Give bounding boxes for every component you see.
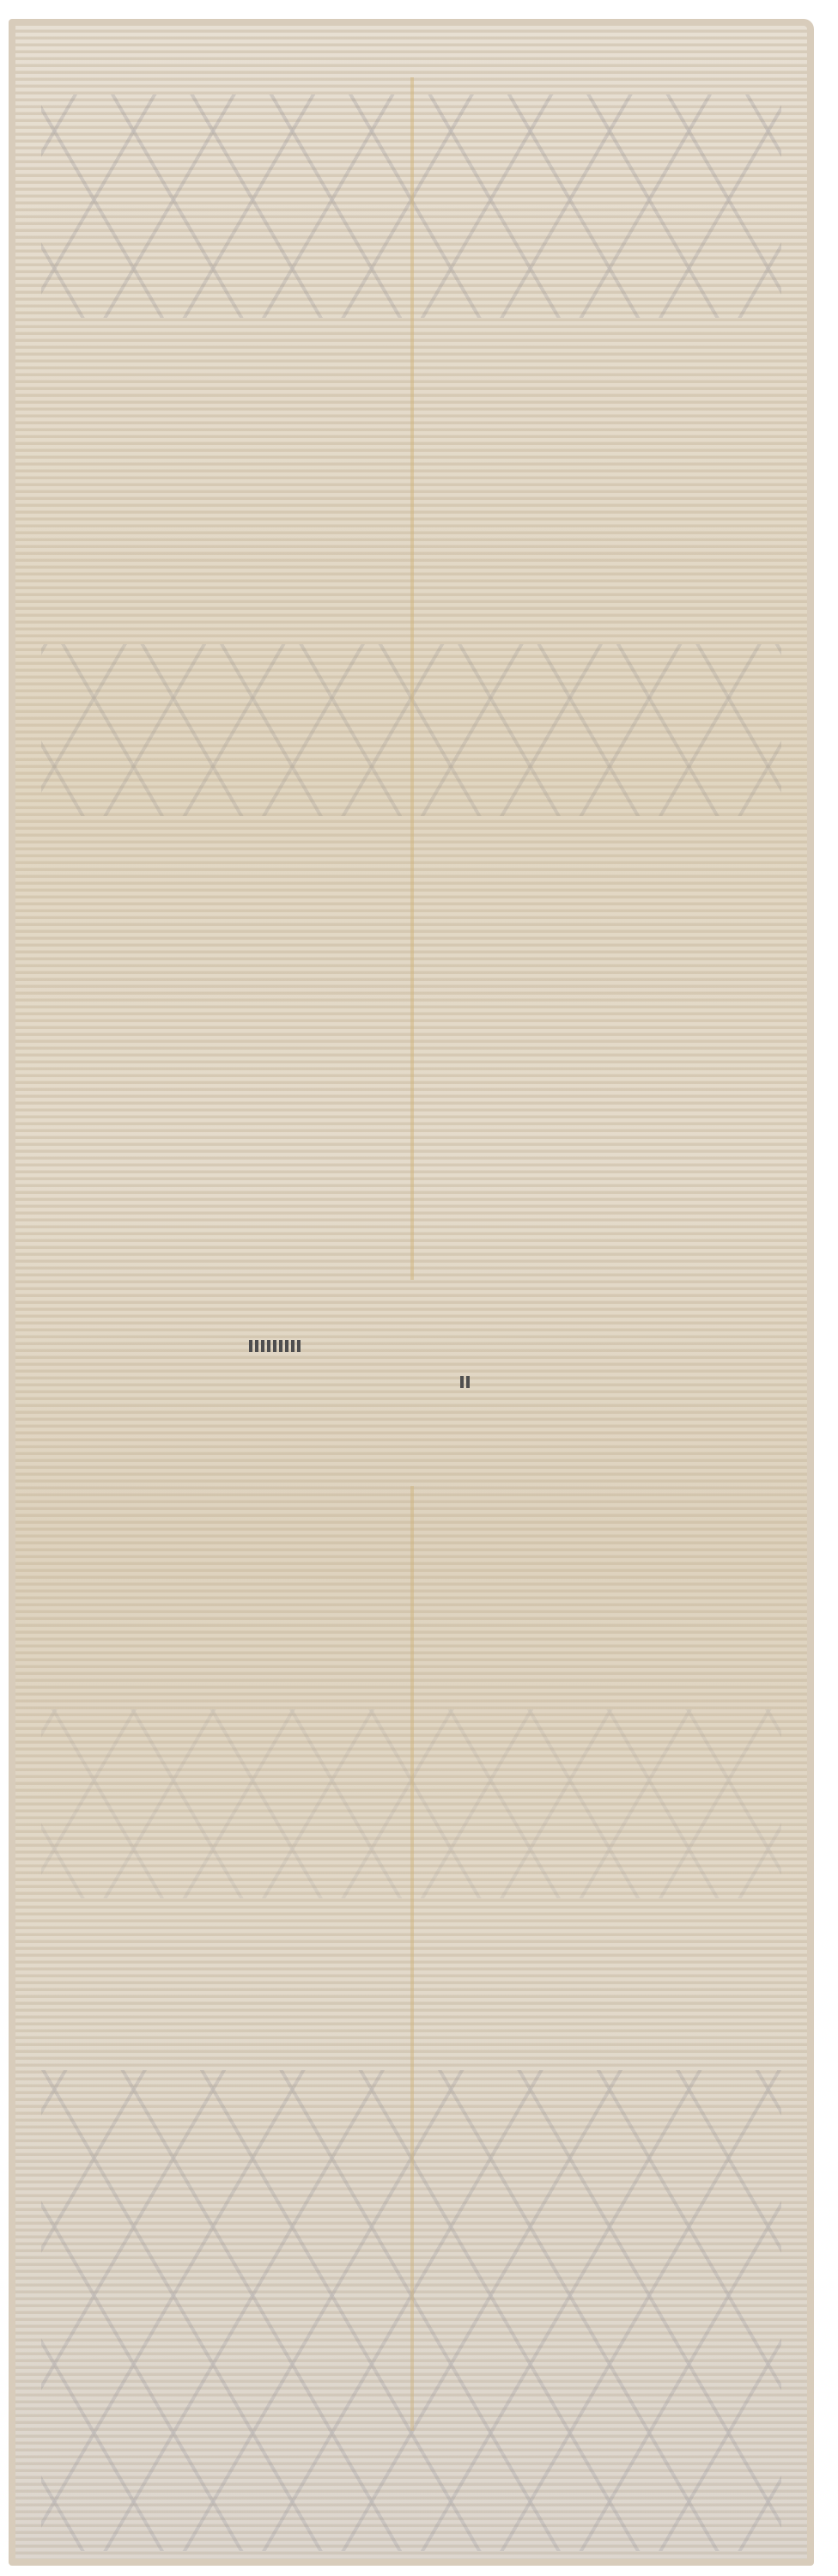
dark-knots-right	[460, 1376, 472, 1388]
dark-knots-left	[249, 1340, 302, 1352]
center-line-lower	[410, 1486, 414, 2431]
diamond-pattern-lower	[41, 1709, 781, 1898]
diamond-pattern-bottom	[41, 2070, 781, 2551]
diamond-pattern-upper-middle	[41, 644, 781, 816]
diamond-pattern-top	[41, 94, 781, 318]
runner-rug	[9, 19, 814, 2566]
center-line-upper	[410, 77, 414, 1280]
